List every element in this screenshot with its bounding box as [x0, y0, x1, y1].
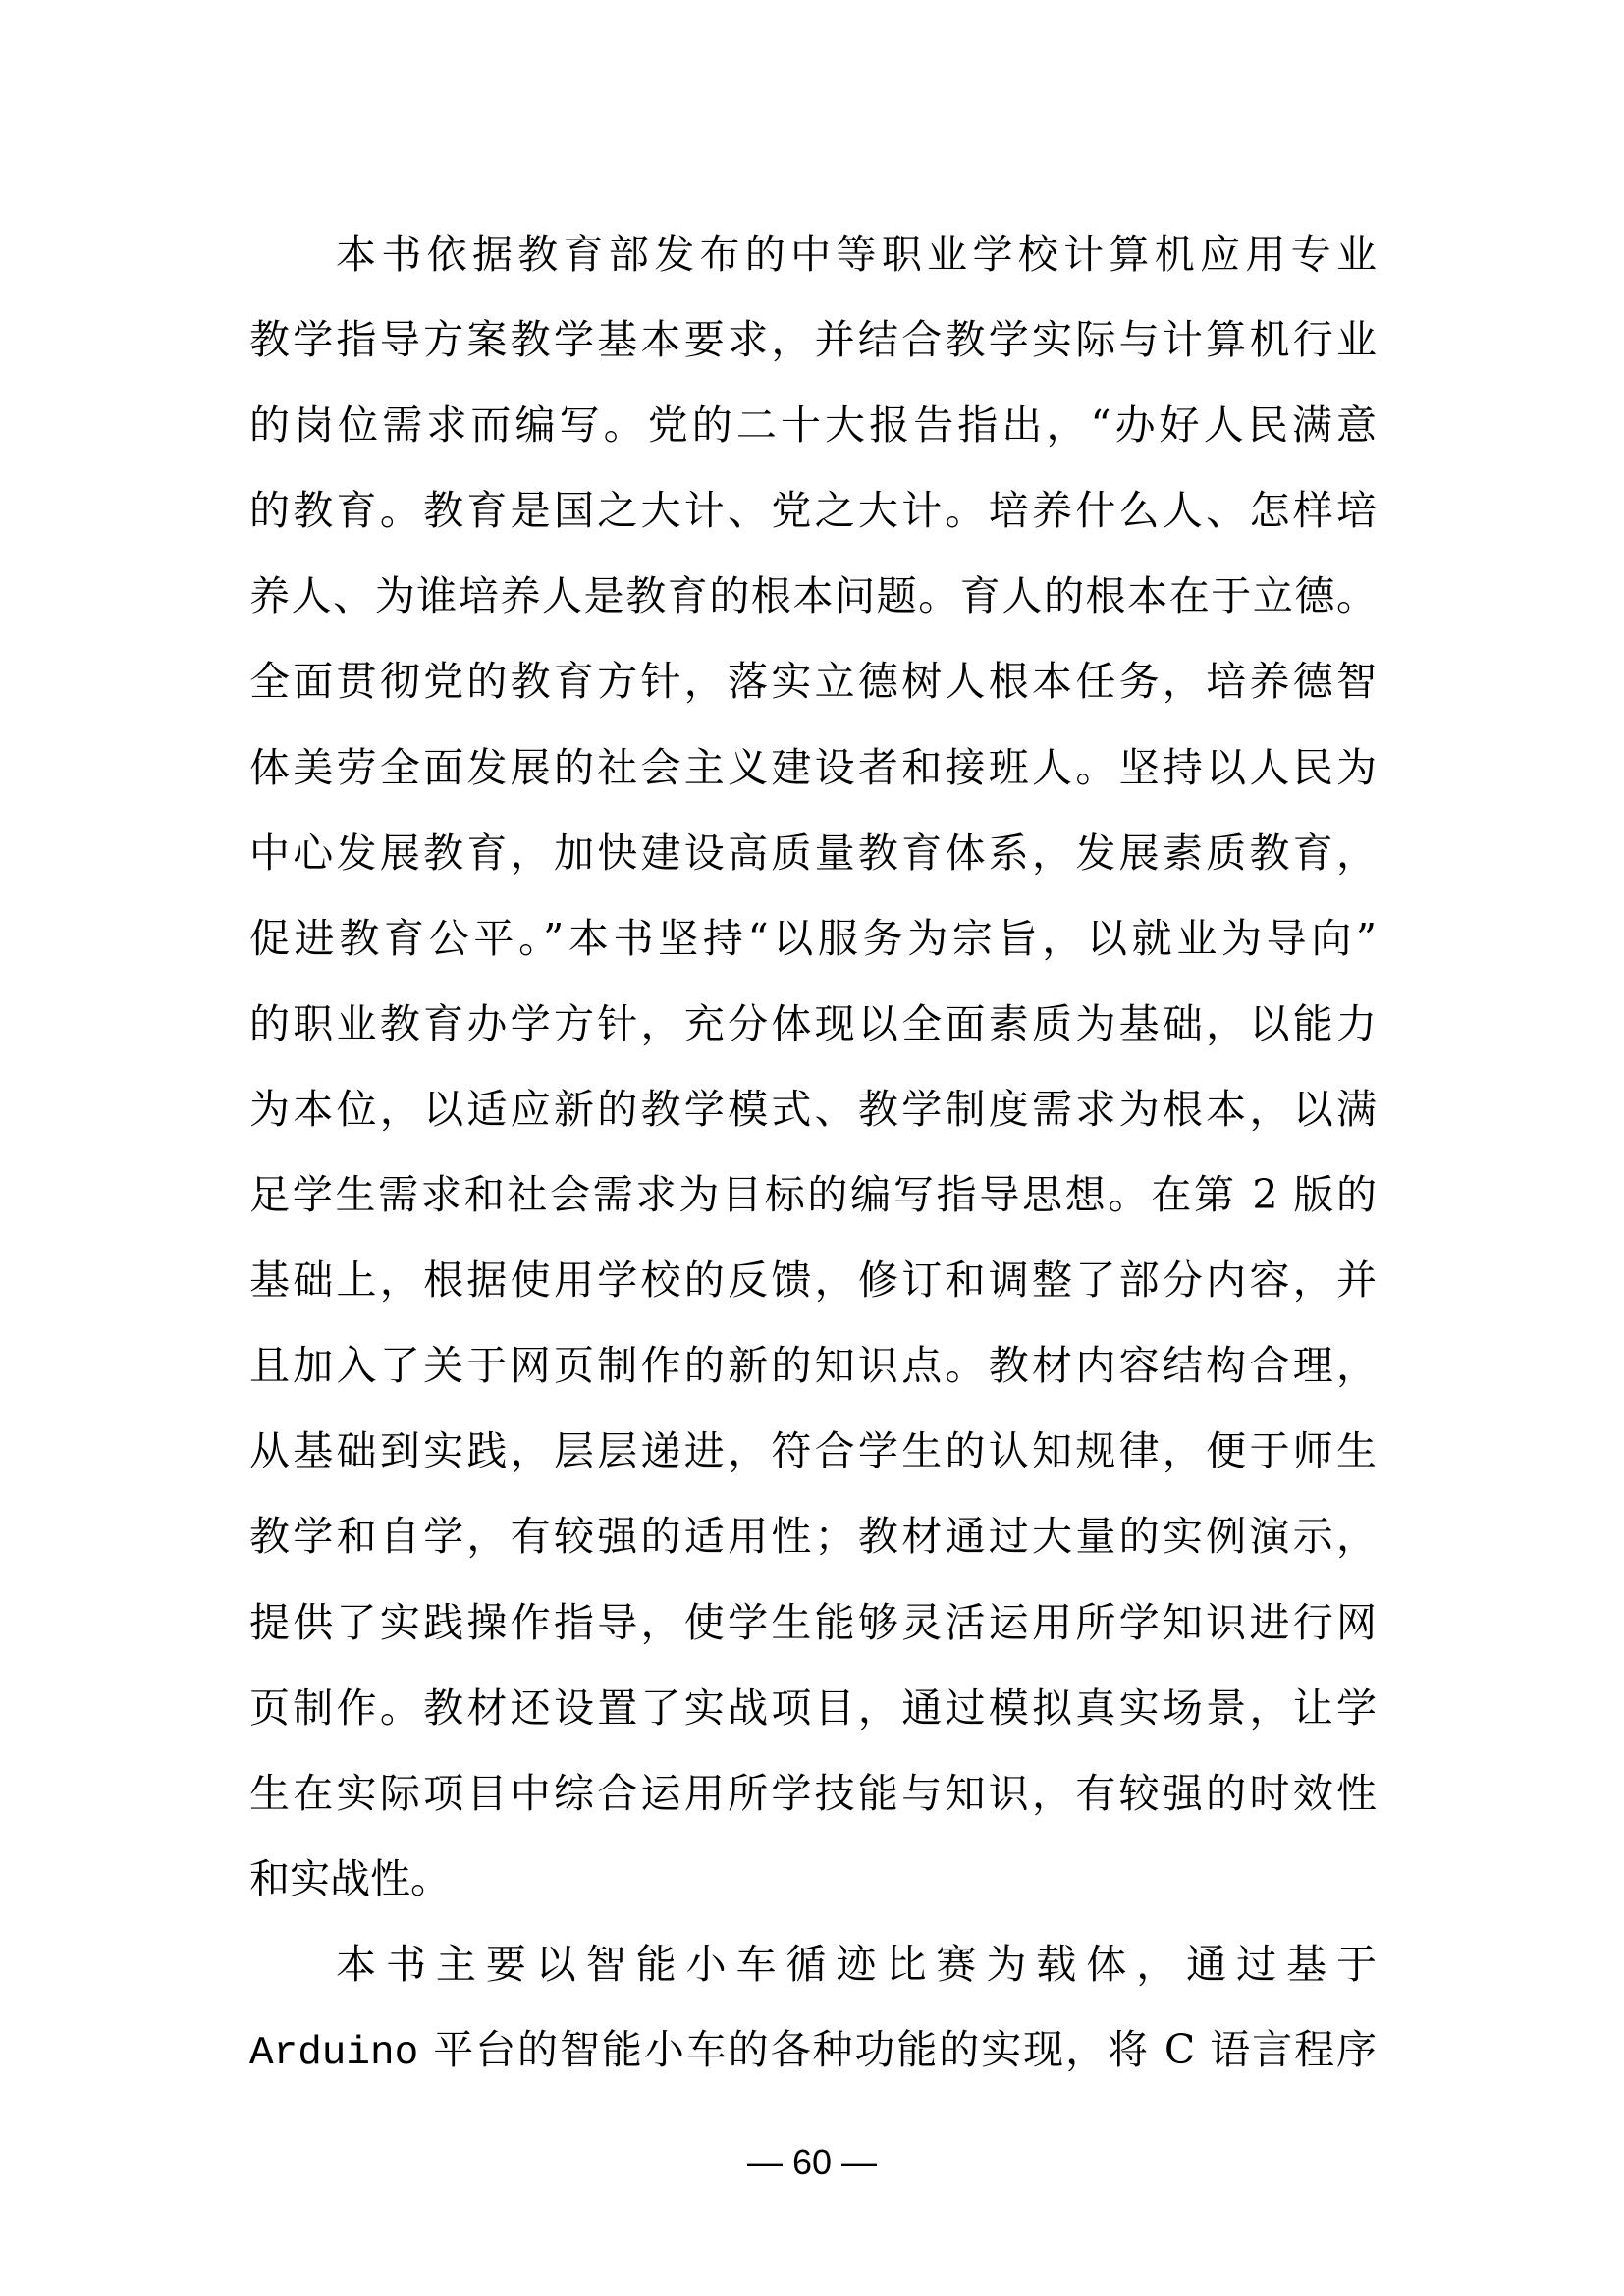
- text-line: 提供了实践操作指导，使学生能够灵活运用所学知识进行网: [249, 1580, 1377, 1666]
- text-line: 足学生需求和社会需求为目标的编写指导思想。在第 2 版的: [249, 1152, 1377, 1238]
- text-line-rest: 平台的智能小车的各种功能的实现，将 C 语言程序: [433, 2026, 1377, 2073]
- latin-term: Arduino: [249, 2031, 418, 2076]
- text-line: 从基础到实践，层层递进，符合学生的认知规律，便于师生: [249, 1409, 1377, 1494]
- text-line: 促进教育公平。”本书坚持“以服务为宗旨，以就业为导向”: [249, 896, 1377, 982]
- paragraph-1: 本书依据教育部发布的中等职业学校计算机应用专业 教学指导方案教学基本要求，并结合…: [249, 212, 1377, 1922]
- text-line: 和实战性。: [249, 1837, 1377, 1922]
- page-number: — 60 —: [0, 2142, 1624, 2183]
- text-line: 的岗位需求而编写。党的二十大报告指出，“办好人民满意: [249, 383, 1377, 468]
- text-line: Arduino 平台的智能小车的各种功能的实现，将 C 语言程序: [249, 2007, 1377, 2093]
- text-line: 养人、为谁培养人是教育的根本问题。育人的根本在于立德。: [249, 554, 1377, 639]
- text-line: 教学和自学，有较强的适用性；教材通过大量的实例演示，: [249, 1494, 1377, 1579]
- text-line: 本书依据教育部发布的中等职业学校计算机应用专业: [249, 212, 1377, 297]
- text-line: 页制作。教材还设置了实战项目，通过模拟真实场景，让学: [249, 1666, 1377, 1751]
- text-line: 且加入了关于网页制作的新的知识点。教材内容结构合理，: [249, 1323, 1377, 1409]
- text-line: 的教育。教育是国之大计、党之大计。培养什么人、怎样培: [249, 468, 1377, 554]
- text-line: 为本位，以适应新的教学模式、教学制度需求为根本，以满: [249, 1067, 1377, 1152]
- text-line: 教学指导方案教学基本要求，并结合教学实际与计算机行业: [249, 297, 1377, 383]
- paragraph-2: 本书主要以智能小车循迹比赛为载体，通过基于 Arduino 平台的智能小车的各种…: [249, 1922, 1377, 2093]
- text-line: 基础上，根据使用学校的反馈，修订和调整了部分内容，并: [249, 1238, 1377, 1323]
- text-line: 中心发展教育，加快建设高质量教育体系，发展素质教育，: [249, 811, 1377, 896]
- body-text: 本书依据教育部发布的中等职业学校计算机应用专业 教学指导方案教学基本要求，并结合…: [249, 212, 1377, 2093]
- text-line: 生在实际项目中综合运用所学技能与知识，有较强的时效性: [249, 1751, 1377, 1837]
- document-page: 本书依据教育部发布的中等职业学校计算机应用专业 教学指导方案教学基本要求，并结合…: [0, 0, 1624, 2296]
- text-line: 全面贯彻党的教育方针，落实立德树人根本任务，培养德智: [249, 639, 1377, 724]
- text-line: 的职业教育办学方针，充分体现以全面素质为基础，以能力: [249, 982, 1377, 1067]
- text-line: 体美劳全面发展的社会主义建设者和接班人。坚持以人民为: [249, 725, 1377, 811]
- text-line: 本书主要以智能小车循迹比赛为载体，通过基于: [249, 1922, 1377, 2007]
